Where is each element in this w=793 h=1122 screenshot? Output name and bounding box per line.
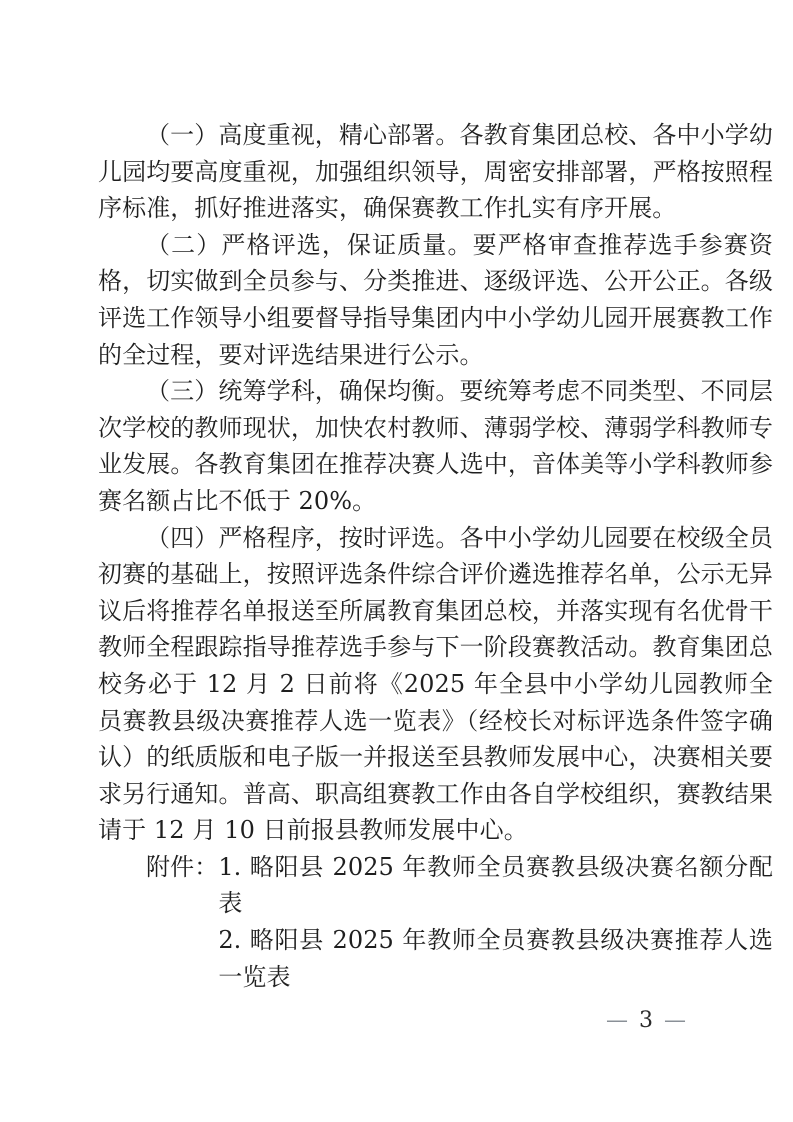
page-number-value: 3 (635, 1008, 658, 1033)
body-paragraph-2: （二）严格评选，保证质量。要严格审查推荐选手参赛资格，切实做到全员参与、分类推进… (98, 227, 773, 373)
attachments-block: 附件： 1. 略阳县 2025 年教师全员赛教县级决赛名额分配表 2. 略阳县 … (98, 849, 773, 995)
body-paragraph-3: （三）统筹学科，确保均衡。要统筹考虑不同类型、不同层次学校的教师现状，加快农村教… (98, 373, 773, 519)
document-body: （一）高度重视，精心部署。各教育集团总校、各中小学幼儿园均要高度重视，加强组织领… (98, 117, 773, 995)
attachments-list: 1. 略阳县 2025 年教师全员赛教县级决赛名额分配表 2. 略阳县 2025… (218, 849, 773, 995)
body-paragraph-4: （四）严格程序，按时评选。各中小学幼儿园要在校级全员初赛的基础上，按照评选条件综… (98, 520, 773, 849)
document-page: （一）高度重视，精心部署。各教育集团总校、各中小学幼儿园均要高度重视，加强组织领… (0, 0, 793, 1122)
attachment-item-2: 2. 略阳县 2025 年教师全员赛教县级决赛推荐人选一览表 (218, 922, 773, 995)
attachments-label: 附件： (146, 849, 218, 886)
page-number-dash-right: — (658, 1008, 693, 1033)
page-number-dash-left: — (600, 1008, 635, 1033)
page-number: —3— (600, 1006, 693, 1036)
body-paragraph-1: （一）高度重视，精心部署。各教育集团总校、各中小学幼儿园均要高度重视，加强组织领… (98, 117, 773, 227)
attachment-item-1: 1. 略阳县 2025 年教师全员赛教县级决赛名额分配表 (218, 849, 773, 922)
